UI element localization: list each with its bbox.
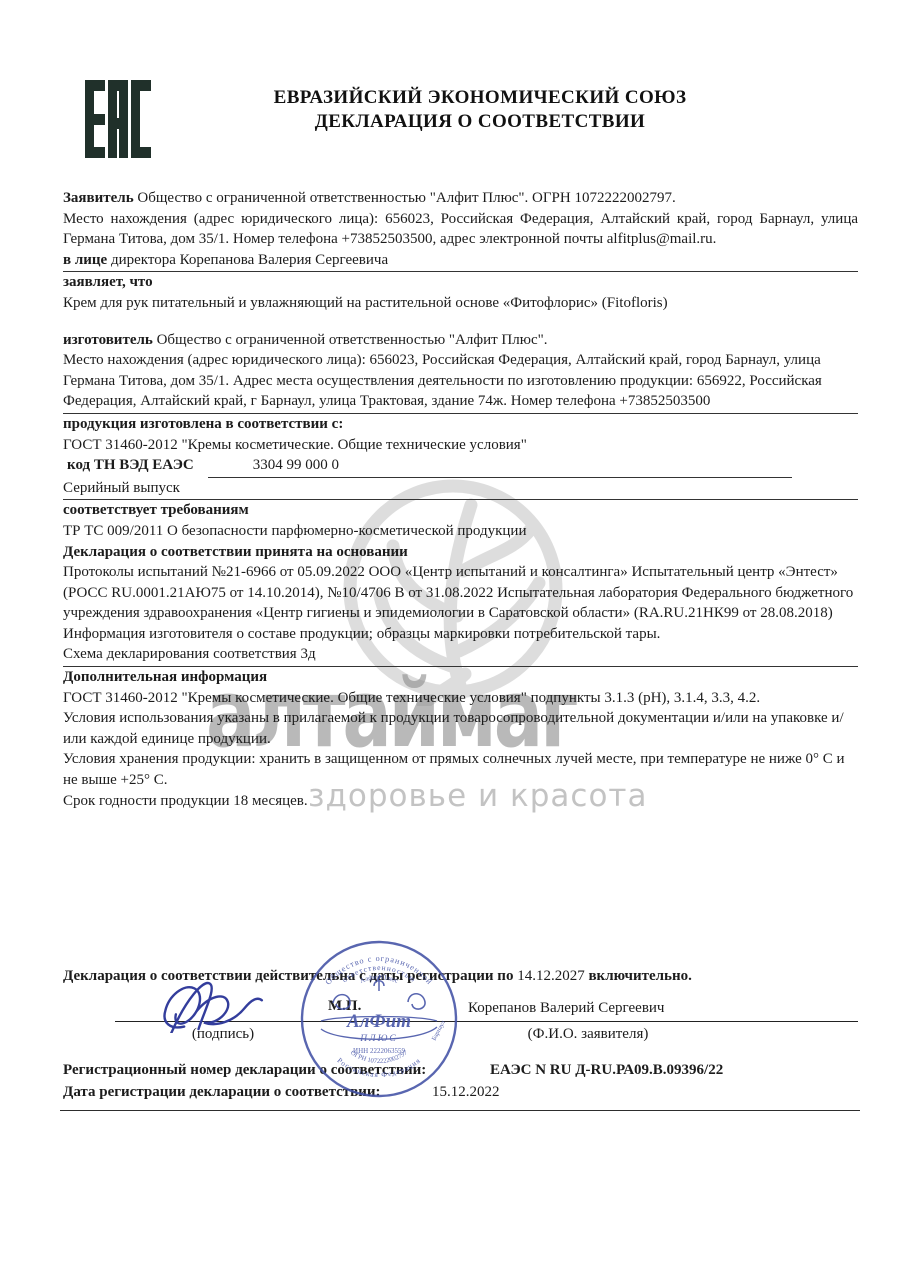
declares-label: заявляет, что (63, 272, 858, 293)
additional-label: Дополнительная информация (63, 667, 858, 688)
person-name: директора Корепанова Валерия Сергеевича (111, 252, 388, 268)
manufacturer-line: изготовитель Общество с ограниченной отв… (63, 330, 858, 351)
production-standard: ГОСТ 31460-2012 "Кремы косметические. Об… (63, 435, 858, 456)
additional-line: Срок годности продукции 18 месяцев. (63, 791, 858, 812)
basis-scheme: Схема декларирования соответствия 3д (63, 644, 858, 667)
spacer (63, 314, 858, 330)
applicant-full-name: Корепанов Валерий Сергеевич (468, 1000, 664, 1017)
person-label: в лице (63, 252, 107, 268)
basis-info: Информация изготовителя о составе продук… (63, 624, 858, 645)
tnved-row: код ТН ВЭД ЕАЭС 3304 99 000 0 (63, 455, 858, 478)
title-union: ЕВРАЗИЙСКИЙ ЭКОНОМИЧЕСКИЙ СОЮЗ (170, 86, 790, 110)
compliance-label: соответствует требованиям (63, 500, 858, 521)
stamp-center-name: АлФит (346, 1011, 411, 1032)
applicant-person-line: в лице директора Корепанова Валерия Серг… (63, 250, 858, 273)
eac-conformity-mark-icon (85, 80, 151, 158)
manufacturer-address: Место нахождения (адрес юридического лиц… (63, 350, 858, 414)
production-label: продукция изготовлена в соответствии с: (63, 414, 858, 435)
bottom-divider (60, 1110, 860, 1111)
additional-line: Условия хранения продукции: хранить в за… (63, 749, 858, 790)
applicant-name-text: Общество с ограниченной ответственностью… (137, 190, 675, 206)
manufacturer-name-text: Общество с ограниченной ответственностью… (157, 332, 548, 348)
basis-label: Декларация о соответствии принята на осн… (63, 542, 858, 563)
title-declaration: ДЕКЛАРАЦИЯ О СООТВЕТСТВИИ (170, 110, 790, 134)
tnved-label: код ТН ВЭД ЕАЭС (63, 455, 194, 476)
applicant-label: Заявитель (63, 190, 134, 206)
issue-type: Серийный выпуск (63, 478, 858, 501)
tnved-code: 3304 99 000 0 (208, 455, 792, 478)
document-title: ЕВРАЗИЙСКИЙ ЭКОНОМИЧЕСКИЙ СОЮЗ ДЕКЛАРАЦИ… (170, 86, 790, 134)
product-line: Крем для рук питательный и увлажняющий н… (63, 293, 858, 314)
handwritten-signature (152, 975, 282, 1033)
registration-number-value: ЕАЭС N RU Д-RU.РА09.В.09396/22 (490, 1062, 723, 1079)
applicant-line: Заявитель Общество с ограниченной ответс… (63, 188, 858, 209)
declaration-document: { "header": { "logo": "eac-conformity-ma… (0, 0, 900, 1273)
company-round-stamp: Общество с ограниченной ответственностью… (296, 936, 462, 1102)
validity-date: 14.12.2027 (517, 968, 585, 984)
compliance-regulation: ТР ТС 009/2011 О безопасности парфюмерно… (63, 521, 858, 542)
stamp-center-sub: ПЛЮС (359, 1034, 397, 1044)
basis-protocols: Протоколы испытаний №21-6966 от 05.09.20… (63, 562, 858, 624)
manufacturer-label: изготовитель (63, 332, 153, 348)
additional-line: Условия использования указаны в прилагае… (63, 708, 858, 749)
additional-line: ГОСТ 31460-2012 "Кремы косметические. Об… (63, 688, 858, 709)
applicant-address: Место нахождения (адрес юридического лиц… (63, 209, 858, 250)
validity-suffix: включительно. (588, 968, 691, 984)
document-body: Заявитель Общество с ограниченной ответс… (63, 188, 858, 811)
fio-caption: (Ф.И.О. заявителя) (478, 1026, 698, 1043)
